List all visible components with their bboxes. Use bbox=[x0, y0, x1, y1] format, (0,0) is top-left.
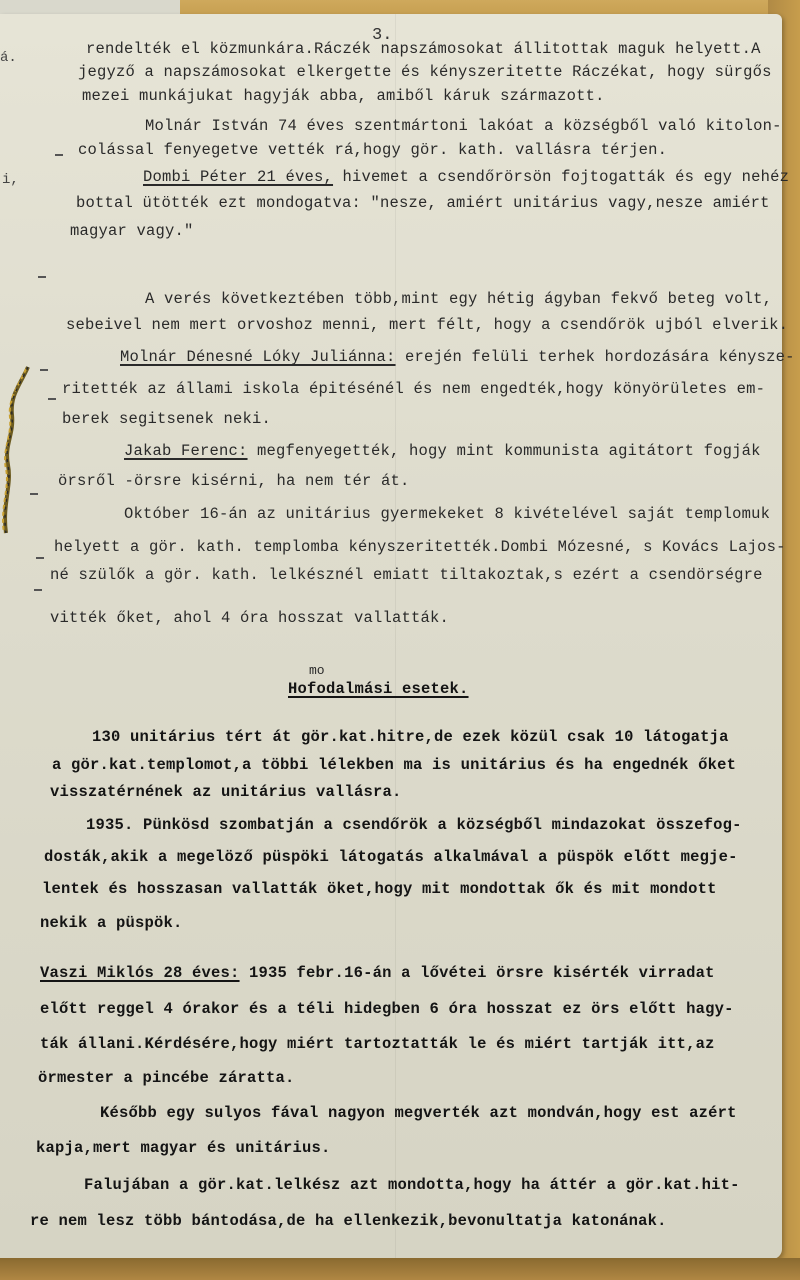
text-line: Molnár István 74 éves szentmártoni lakóa… bbox=[145, 117, 782, 135]
text-segment: nekik a püspök. bbox=[40, 914, 183, 932]
margin-dash bbox=[55, 154, 63, 156]
text-segment: A verés következtében több,mint egy héti… bbox=[145, 290, 772, 308]
margin-dash bbox=[38, 276, 46, 278]
folder-bottom bbox=[0, 1258, 800, 1280]
text-line: magyar vagy." bbox=[70, 222, 194, 240]
text-line: a gör.kat.templomot,a többi lélekben ma … bbox=[52, 756, 736, 774]
text-line: sebeivel nem mert orvoshoz menni, mert f… bbox=[66, 316, 788, 334]
text-segment: jegyző a napszámosokat elkergette és kén… bbox=[78, 63, 772, 81]
text-segment: helyett a gör. kath. templomba kényszeri… bbox=[54, 538, 786, 556]
text-segment: Molnár István 74 éves szentmártoni lakóa… bbox=[145, 117, 782, 135]
text-line: Jakab Ferenc: megfenyegették, hogy mint … bbox=[124, 442, 761, 460]
text-segment: megfenyegették, hogy mint kommunista agi… bbox=[248, 442, 761, 460]
binding-string-icon bbox=[0, 365, 30, 535]
text-segment: visszatérnének az unitárius vallásra. bbox=[50, 783, 402, 801]
margin-dash bbox=[40, 369, 48, 371]
text-line: ritették az állami iskola épitésénél és … bbox=[62, 380, 765, 398]
text-segment: mezei munkájukat hagyják abba, amiből ká… bbox=[82, 87, 605, 105]
text-line: örmester a pincébe záratta. bbox=[38, 1069, 295, 1087]
text-line: ták állani.Kérdésére,hogy miért tartozta… bbox=[40, 1035, 715, 1053]
text-line: re nem lesz több bántodása,de ha ellenke… bbox=[30, 1212, 667, 1230]
text-line: kapja,mert magyar és unitárius. bbox=[36, 1139, 331, 1157]
text-segment: dosták,akik a megelöző püspöki látogatás… bbox=[44, 848, 738, 866]
text-line: Dombi Péter 21 éves, hivemet a csendőrör… bbox=[143, 168, 789, 186]
text-line: dosták,akik a megelöző püspöki látogatás… bbox=[44, 848, 738, 866]
text-line: nekik a püspök. bbox=[40, 914, 183, 932]
text-segment: Később egy sulyos fával nagyon megverték… bbox=[100, 1104, 737, 1122]
text-line: visszatérnének az unitárius vallásra. bbox=[50, 783, 402, 801]
text-line: bottal ütötték ezt mondogatva: "nesze, a… bbox=[76, 194, 770, 212]
text-segment: Október 16-án az unitárius gyermekeket 8… bbox=[124, 505, 770, 523]
text-segment: örmester a pincébe záratta. bbox=[38, 1069, 295, 1087]
text-segment: berek segitsenek neki. bbox=[62, 410, 271, 428]
text-line: Később egy sulyos fával nagyon megverték… bbox=[100, 1104, 737, 1122]
text-line: előtt reggel 4 órakor és a téli hidegben… bbox=[40, 1000, 734, 1018]
text-line: örsről -örsre kisérni, ha nem tér át. bbox=[58, 472, 410, 490]
text-segment: örsről -örsre kisérni, ha nem tér át. bbox=[58, 472, 410, 490]
margin-fragment: i, bbox=[2, 172, 19, 188]
text-segment: ritették az állami iskola épitésénél és … bbox=[62, 380, 765, 398]
margin-dash bbox=[34, 589, 42, 591]
text-segment: colással fenyegetve vették rá,hogy gör. … bbox=[78, 141, 667, 159]
text-line: mezei munkájukat hagyják abba, amiből ká… bbox=[82, 87, 605, 105]
text-segment: a gör.kat.templomot,a többi lélekben ma … bbox=[52, 756, 736, 774]
text-segment: kapja,mert magyar és unitárius. bbox=[36, 1139, 331, 1157]
text-line: helyett a gör. kath. templomba kényszeri… bbox=[54, 538, 786, 556]
text-line: né szülők a gör. kath. lelkésznél emiatt… bbox=[50, 566, 763, 584]
text-segment: erején felüli terhek hordozására kénysze… bbox=[396, 348, 795, 366]
section-heading: Hofodalmási esetek. bbox=[288, 680, 469, 698]
text-segment: hivemet a csendőrörsön fojtogatták és eg… bbox=[333, 168, 789, 186]
underlined-name: Molnár Dénesné Lóky Juliánna: bbox=[120, 348, 396, 366]
text-segment: bottal ütötték ezt mondogatva: "nesze, a… bbox=[76, 194, 770, 212]
text-line: berek segitsenek neki. bbox=[62, 410, 271, 428]
text-line: rendelték el közmunkára.Ráczék napszámos… bbox=[86, 40, 761, 58]
text-segment: sebeivel nem mert orvoshoz menni, mert f… bbox=[66, 316, 788, 334]
text-segment: Falujában a gör.kat.lelkész azt mondotta… bbox=[84, 1176, 740, 1194]
text-line: Falujában a gör.kat.lelkész azt mondotta… bbox=[84, 1176, 740, 1194]
text-line: 130 unitárius tért át gör.kat.hitre,de e… bbox=[92, 728, 729, 746]
margin-dash bbox=[48, 398, 56, 400]
text-segment: 1935. Pünkösd szombatján a csendőrök a k… bbox=[86, 816, 742, 834]
text-line: vitték őket, ahol 4 óra hosszat vallattá… bbox=[50, 609, 449, 627]
margin-fragment: á. bbox=[0, 50, 17, 66]
underlined-name: Vaszi Miklós 28 éves: bbox=[40, 964, 240, 982]
text-line: colással fenyegetve vették rá,hogy gör. … bbox=[78, 141, 667, 159]
text-segment: vitték őket, ahol 4 óra hosszat vallattá… bbox=[50, 609, 449, 627]
heading-correction: mo bbox=[309, 663, 325, 678]
text-segment: re nem lesz több bántodása,de ha ellenke… bbox=[30, 1212, 667, 1230]
text-line: Vaszi Miklós 28 éves: 1935 febr.16-án a … bbox=[40, 964, 715, 982]
text-line: Molnár Dénesné Lóky Juliánna: erején fel… bbox=[120, 348, 795, 366]
text-segment: 1935 febr.16-án a lővétei örsre kisérték… bbox=[240, 964, 715, 982]
text-segment: né szülők a gör. kath. lelkésznél emiatt… bbox=[50, 566, 763, 584]
text-segment: magyar vagy." bbox=[70, 222, 194, 240]
text-line: A verés következtében több,mint egy héti… bbox=[145, 290, 772, 308]
underlined-name: Jakab Ferenc: bbox=[124, 442, 248, 460]
text-segment: előtt reggel 4 órakor és a téli hidegben… bbox=[40, 1000, 734, 1018]
text-line: jegyző a napszámosokat elkergette és kén… bbox=[78, 63, 772, 81]
text-line: Október 16-án az unitárius gyermekeket 8… bbox=[124, 505, 770, 523]
text-segment: rendelték el közmunkára.Ráczék napszámos… bbox=[86, 40, 761, 58]
text-segment: 130 unitárius tért át gör.kat.hitre,de e… bbox=[92, 728, 729, 746]
text-line: 1935. Pünkösd szombatján a csendőrök a k… bbox=[86, 816, 742, 834]
text-segment: ták állani.Kérdésére,hogy miért tartozta… bbox=[40, 1035, 715, 1053]
text-line: lentek és hosszasan vallatták öket,hogy … bbox=[42, 880, 717, 898]
underlined-name: Dombi Péter 21 éves, bbox=[143, 168, 333, 186]
margin-dash bbox=[30, 493, 38, 495]
margin-dash bbox=[36, 557, 44, 559]
text-segment: lentek és hosszasan vallatták öket,hogy … bbox=[42, 880, 717, 898]
